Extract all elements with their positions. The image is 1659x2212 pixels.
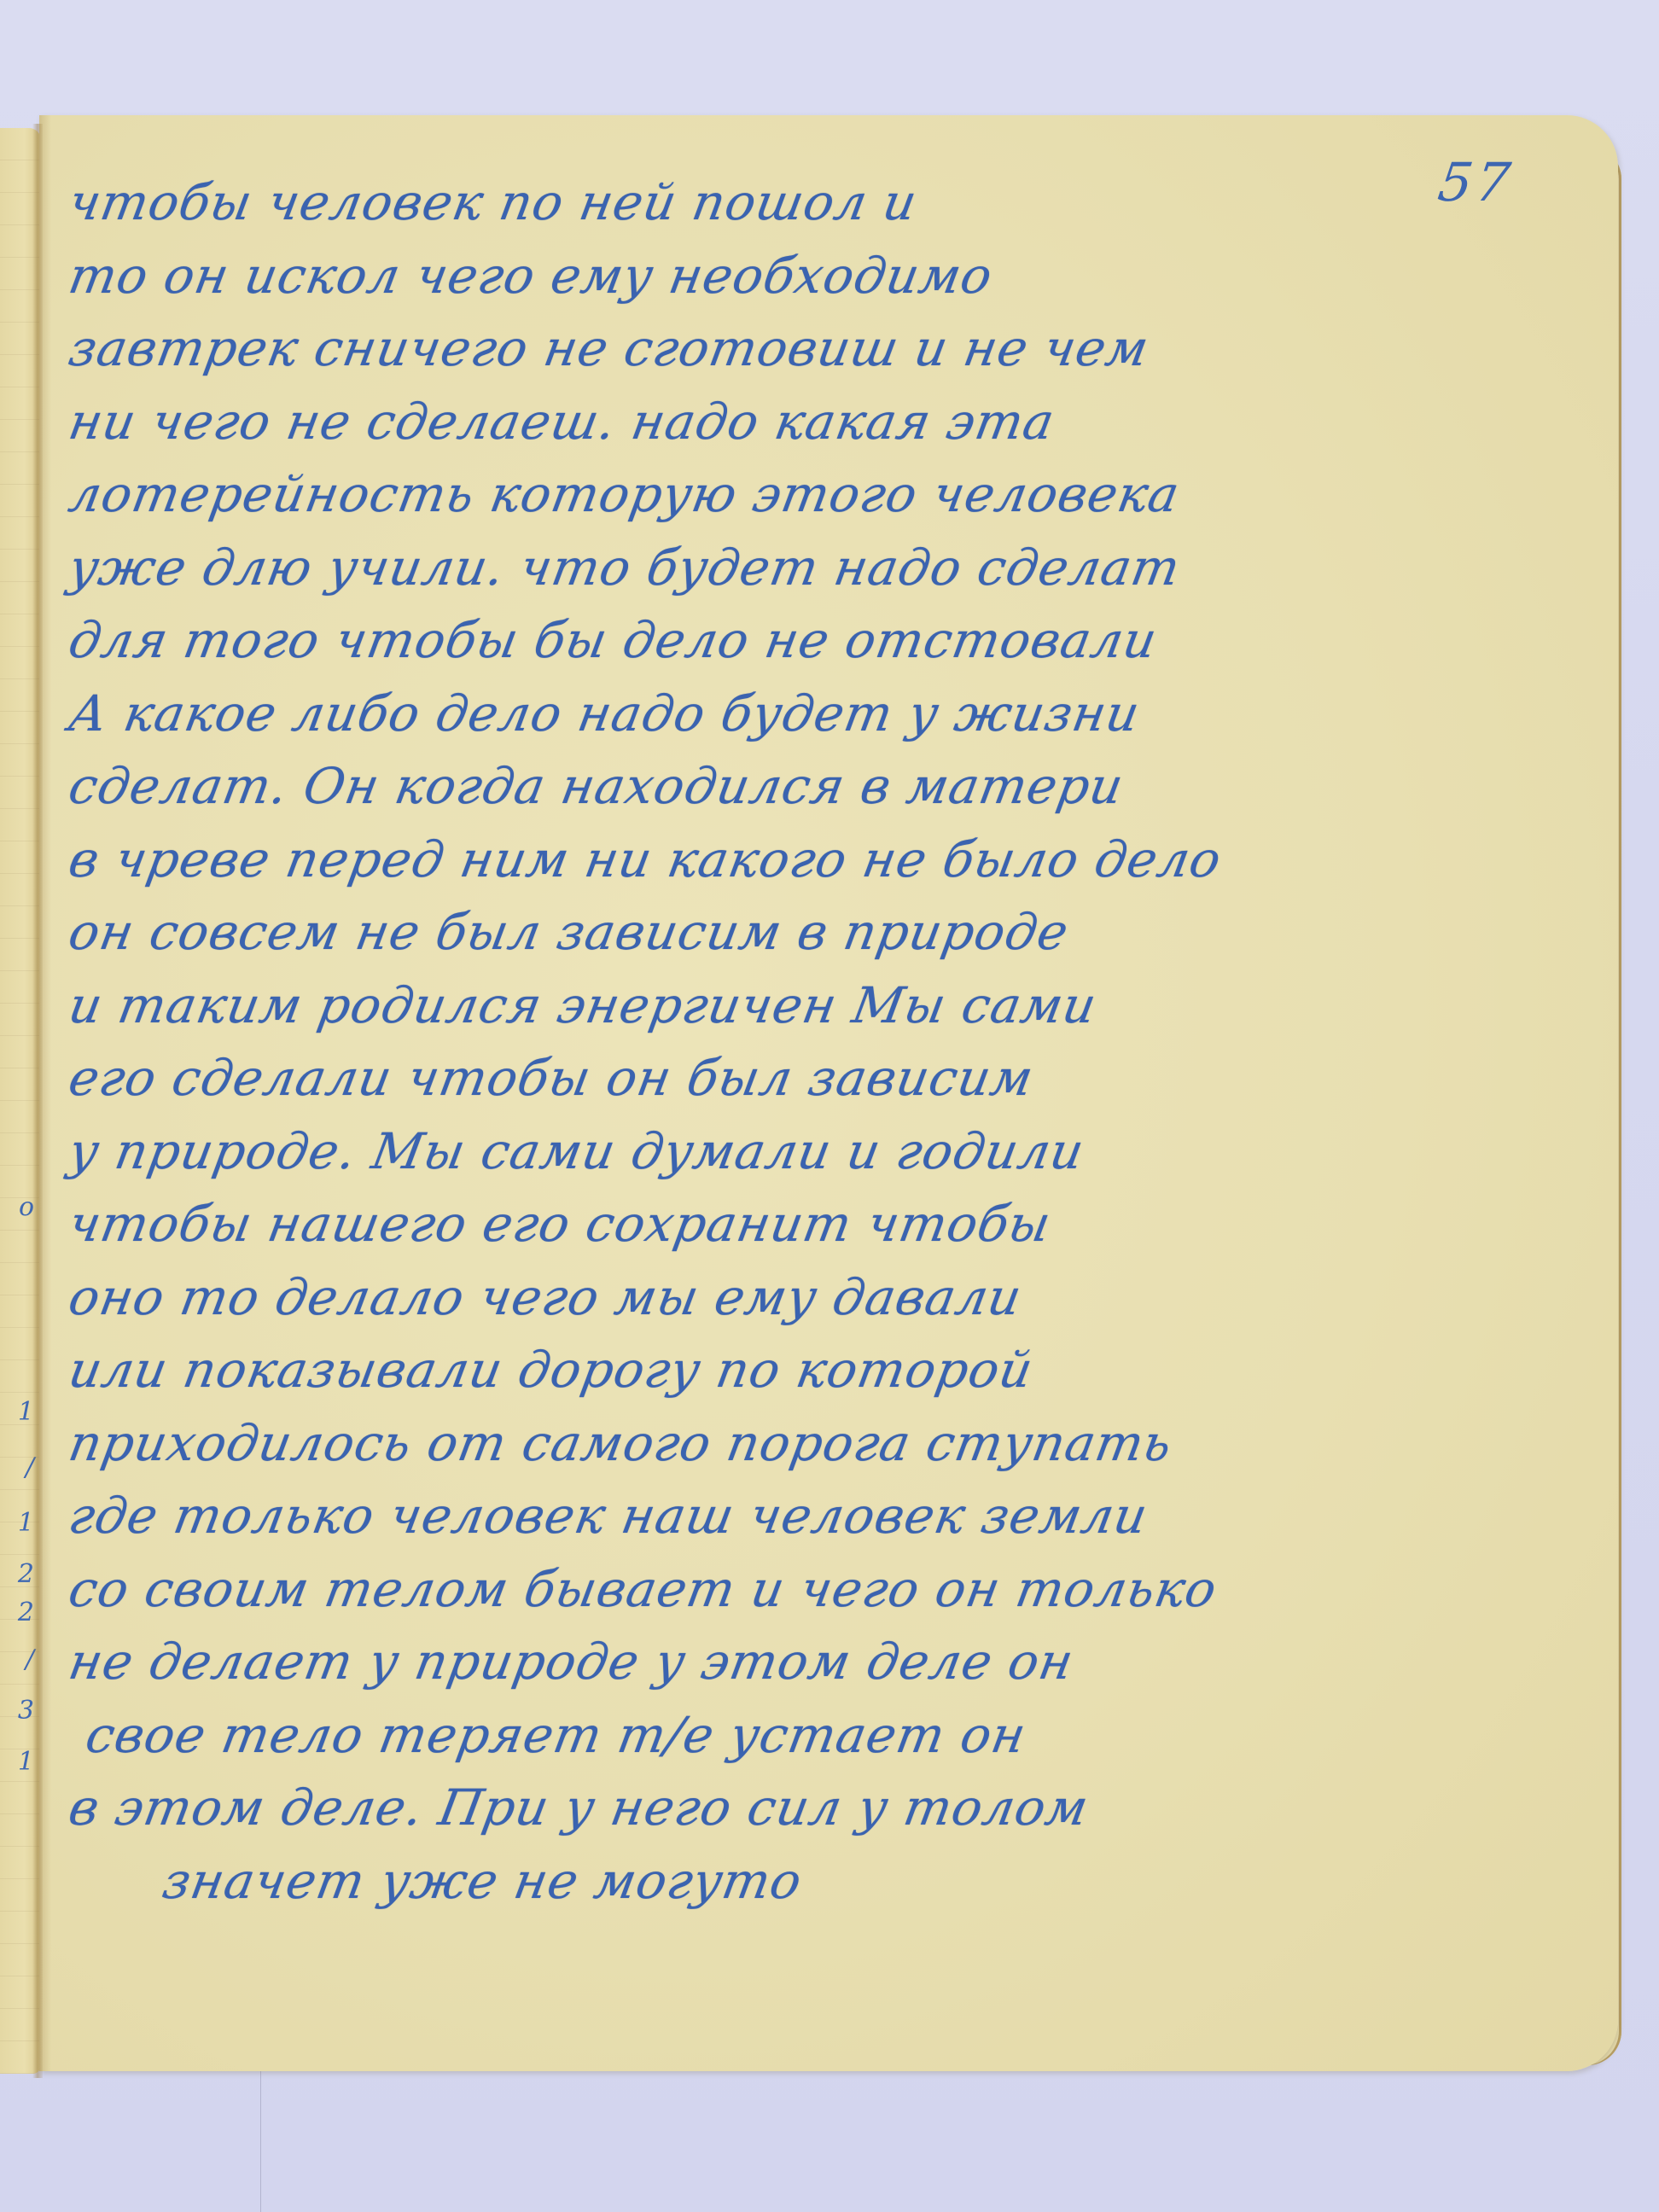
handwritten-line: и таким родился энергичен Мы сами — [63, 969, 1595, 1043]
handwritten-line: уже длю учили. что будет надо сделат — [63, 532, 1595, 605]
handwritten-line: лотерейность которую этого человека — [63, 458, 1595, 532]
left-page-mark: / — [0, 1455, 34, 1481]
left-page-mark: 2 — [0, 1600, 34, 1626]
handwritten-line: у природе. Мы сами думали и годили — [63, 1115, 1595, 1189]
handwritten-line: сделат. Он когда находился в матери — [63, 750, 1595, 824]
left-page-mark: / — [0, 1647, 34, 1673]
handwritten-line: приходилось от самого порога ступать — [63, 1407, 1595, 1481]
handwritten-text-block: чтобы человек по ней пошол и то он искол… — [63, 166, 1582, 1918]
handwritten-line: в этом деле. При у него сил у толом — [63, 1772, 1595, 1845]
handwritten-line: значет уже не могуто — [63, 1845, 1595, 1918]
handwritten-line: чтобы нашего его сохранит чтобы — [63, 1188, 1595, 1261]
handwritten-line: свое тело теряет т/е устает он — [63, 1699, 1595, 1773]
handwritten-line: завтрек сничего не сготовиш и не чем — [63, 312, 1595, 386]
left-page-mark: 1 — [0, 1511, 34, 1536]
notebook-page: 57 чтобы человек по ней пошол и то он ис… — [39, 115, 1618, 2071]
handwritten-line: он совсем не был зависим в природе — [63, 896, 1595, 969]
handwritten-line: для того чтобы бы дело не отстовали — [63, 604, 1595, 678]
handwritten-line: ни чего не сделаеш. надо какая эта — [63, 386, 1595, 459]
left-page-mark: 2 — [0, 1562, 34, 1587]
handwritten-line: оно то делало чего мы ему давали — [63, 1261, 1595, 1335]
handwritten-line: чтобы человек по ней пошол и — [63, 166, 1595, 240]
backdrop-crease-line — [260, 2065, 261, 2212]
left-page-mark: 1 — [0, 1749, 34, 1775]
left-page-mark: 1 — [0, 1400, 34, 1425]
handwritten-line: где только человек наш человек земли — [63, 1480, 1595, 1553]
left-page-mark: 3 — [0, 1698, 34, 1724]
gutter-shadow — [32, 124, 43, 2078]
handwritten-line: не делает у природе у этом деле он — [63, 1626, 1595, 1699]
left-page-mark: о — [0, 1195, 34, 1220]
handwritten-line: со своим телом бывает и чего он только — [63, 1553, 1595, 1627]
handwritten-line: в чреве перед ним ни какого не было дело — [63, 824, 1595, 897]
handwritten-line: его сделали чтобы он был зависим — [63, 1042, 1595, 1115]
handwritten-line: то он искол чего ему необходимо — [63, 240, 1595, 313]
handwritten-line: А какое либо дело надо будет у жизни — [63, 678, 1595, 751]
handwritten-line: или показывали дорогу по которой — [63, 1334, 1595, 1407]
